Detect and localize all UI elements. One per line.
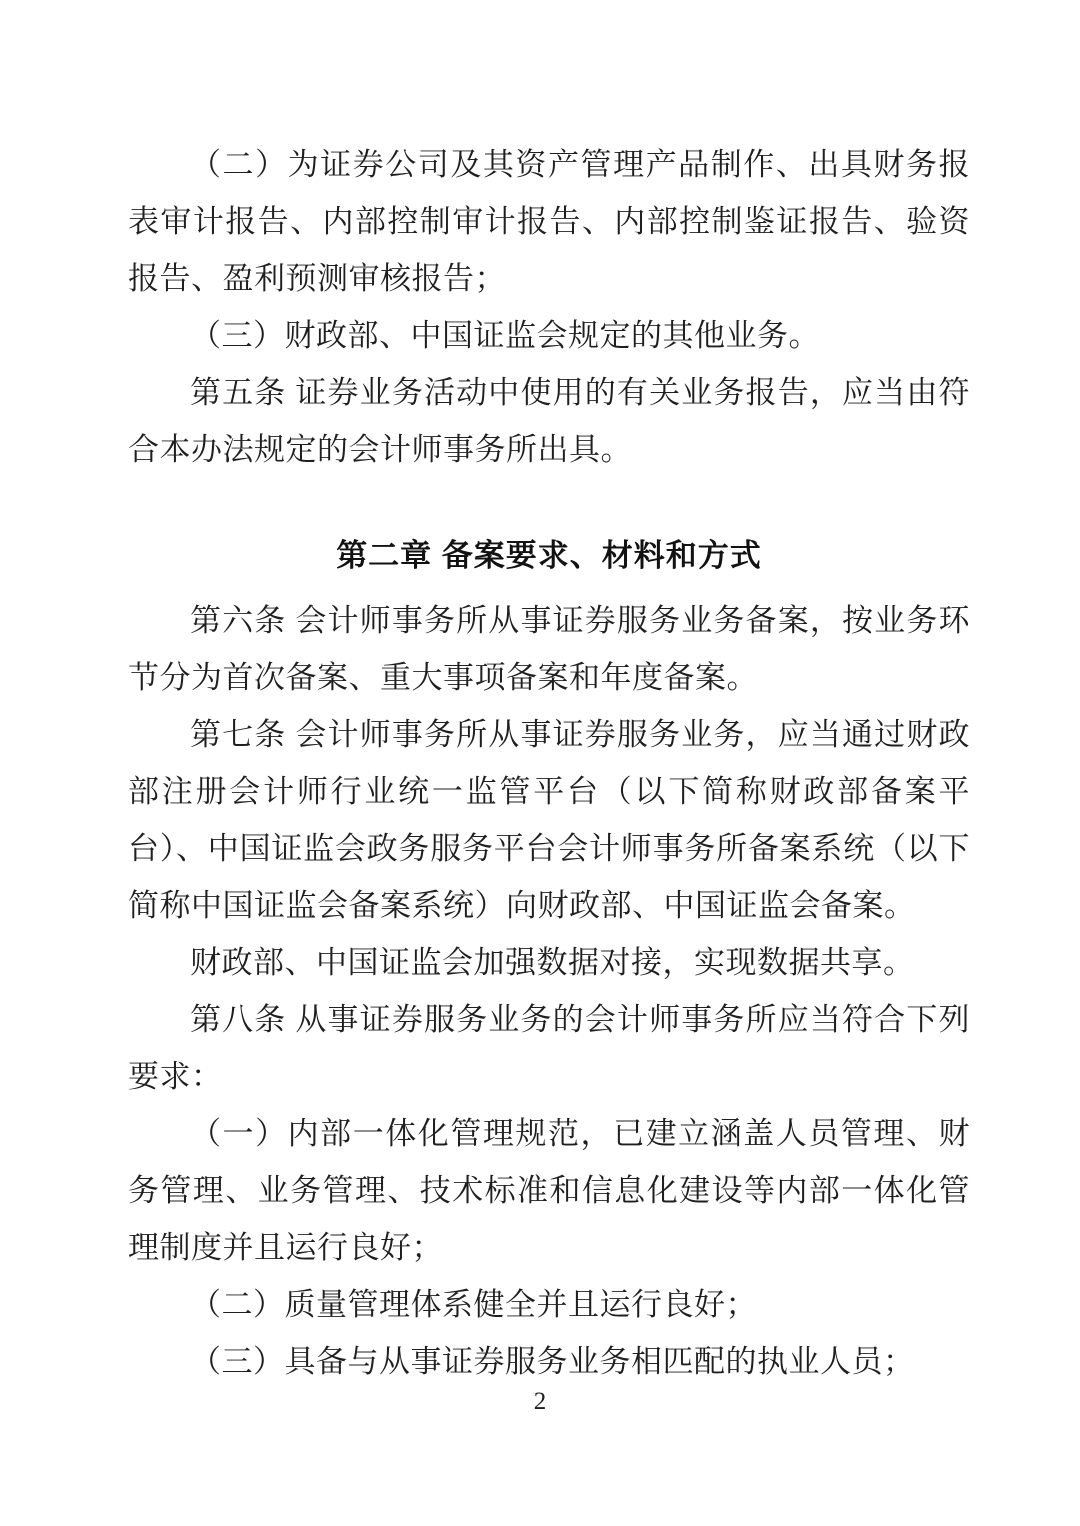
- chapter-heading: 第二章 备案要求、材料和方式: [128, 527, 970, 584]
- paragraph-article-6: 第六条 会计师事务所从事证券服务业务备案，按业务环节分为首次备案、重大事项备案和…: [128, 592, 970, 706]
- paragraph-article-5: 第五条 证券业务活动中使用的有关业务报告，应当由符合本办法规定的会计师事务所出具…: [128, 364, 970, 478]
- paragraph-requirement-3: （三）具备与从事证券服务业务相匹配的执业人员；: [128, 1333, 970, 1390]
- paragraph-item-3: （三）财政部、中国证监会规定的其他业务。: [128, 307, 970, 364]
- paragraph-article-7: 第七条 会计师事务所从事证券服务业务，应当通过财政部注册会计师行业统一监管平台（…: [128, 706, 970, 934]
- paragraph-data-sharing: 财政部、中国证监会加强数据对接，实现数据共享。: [128, 934, 970, 991]
- document-content: （二）为证券公司及其资产管理产品制作、出具财务报表审计报告、内部控制审计报告、内…: [128, 136, 970, 1390]
- paragraph-article-8: 第八条 从事证券服务业务的会计师事务所应当符合下列要求：: [128, 991, 970, 1105]
- paragraph-item-2: （二）为证券公司及其资产管理产品制作、出具财务报表审计报告、内部控制审计报告、内…: [128, 136, 970, 307]
- page-number: 2: [0, 1386, 1080, 1418]
- paragraph-requirement-1: （一）内部一体化管理规范，已建立涵盖人员管理、财务管理、业务管理、技术标准和信息…: [128, 1105, 970, 1276]
- document-page: （二）为证券公司及其资产管理产品制作、出具财务报表审计报告、内部控制审计报告、内…: [0, 0, 1080, 1526]
- paragraph-requirement-2: （二）质量管理体系健全并且运行良好；: [128, 1276, 970, 1333]
